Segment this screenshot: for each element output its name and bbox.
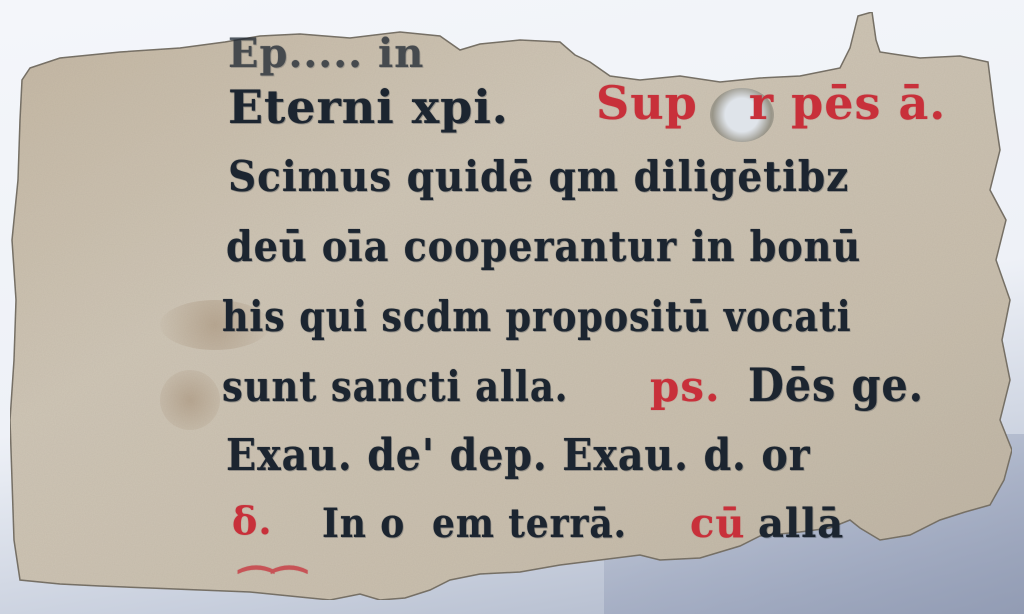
text-line-8-red-torn: ⁀⁀ [240,566,306,613]
paper-fragment: Ep..... in Eterni xpi. Sup r pēs ā. Scim… [0,0,1024,614]
text-line-5-red-ps: ps. [650,362,721,411]
text-line-5-black-end: Dēs ge. [748,358,924,412]
text-line-7-black-end: allā [758,500,844,547]
text-line-6: Exau. de' dep. Exau. d. or [226,430,811,481]
text-line-4: his qui scdm propositū vocati [222,292,851,341]
text-line-2: Scimus quidē qm diligētibz [228,152,849,201]
text-line-7-red-cum: cū [690,500,745,547]
text-line-1-red-rubric: Sup r pēs ā. [596,76,946,130]
paper-stain [160,370,220,430]
text-line-7-black: In o em terrā. [322,500,627,547]
text-line-1-black: Eterni xpi. [228,80,509,134]
text-line-3: deū oīa cooperantur in bonū [226,222,861,271]
text-line-7-red-verse: ẟ. [232,498,273,543]
text-line-0: Ep..... in [228,30,424,77]
text-line-5-black: sunt sancti alla. [222,362,568,411]
